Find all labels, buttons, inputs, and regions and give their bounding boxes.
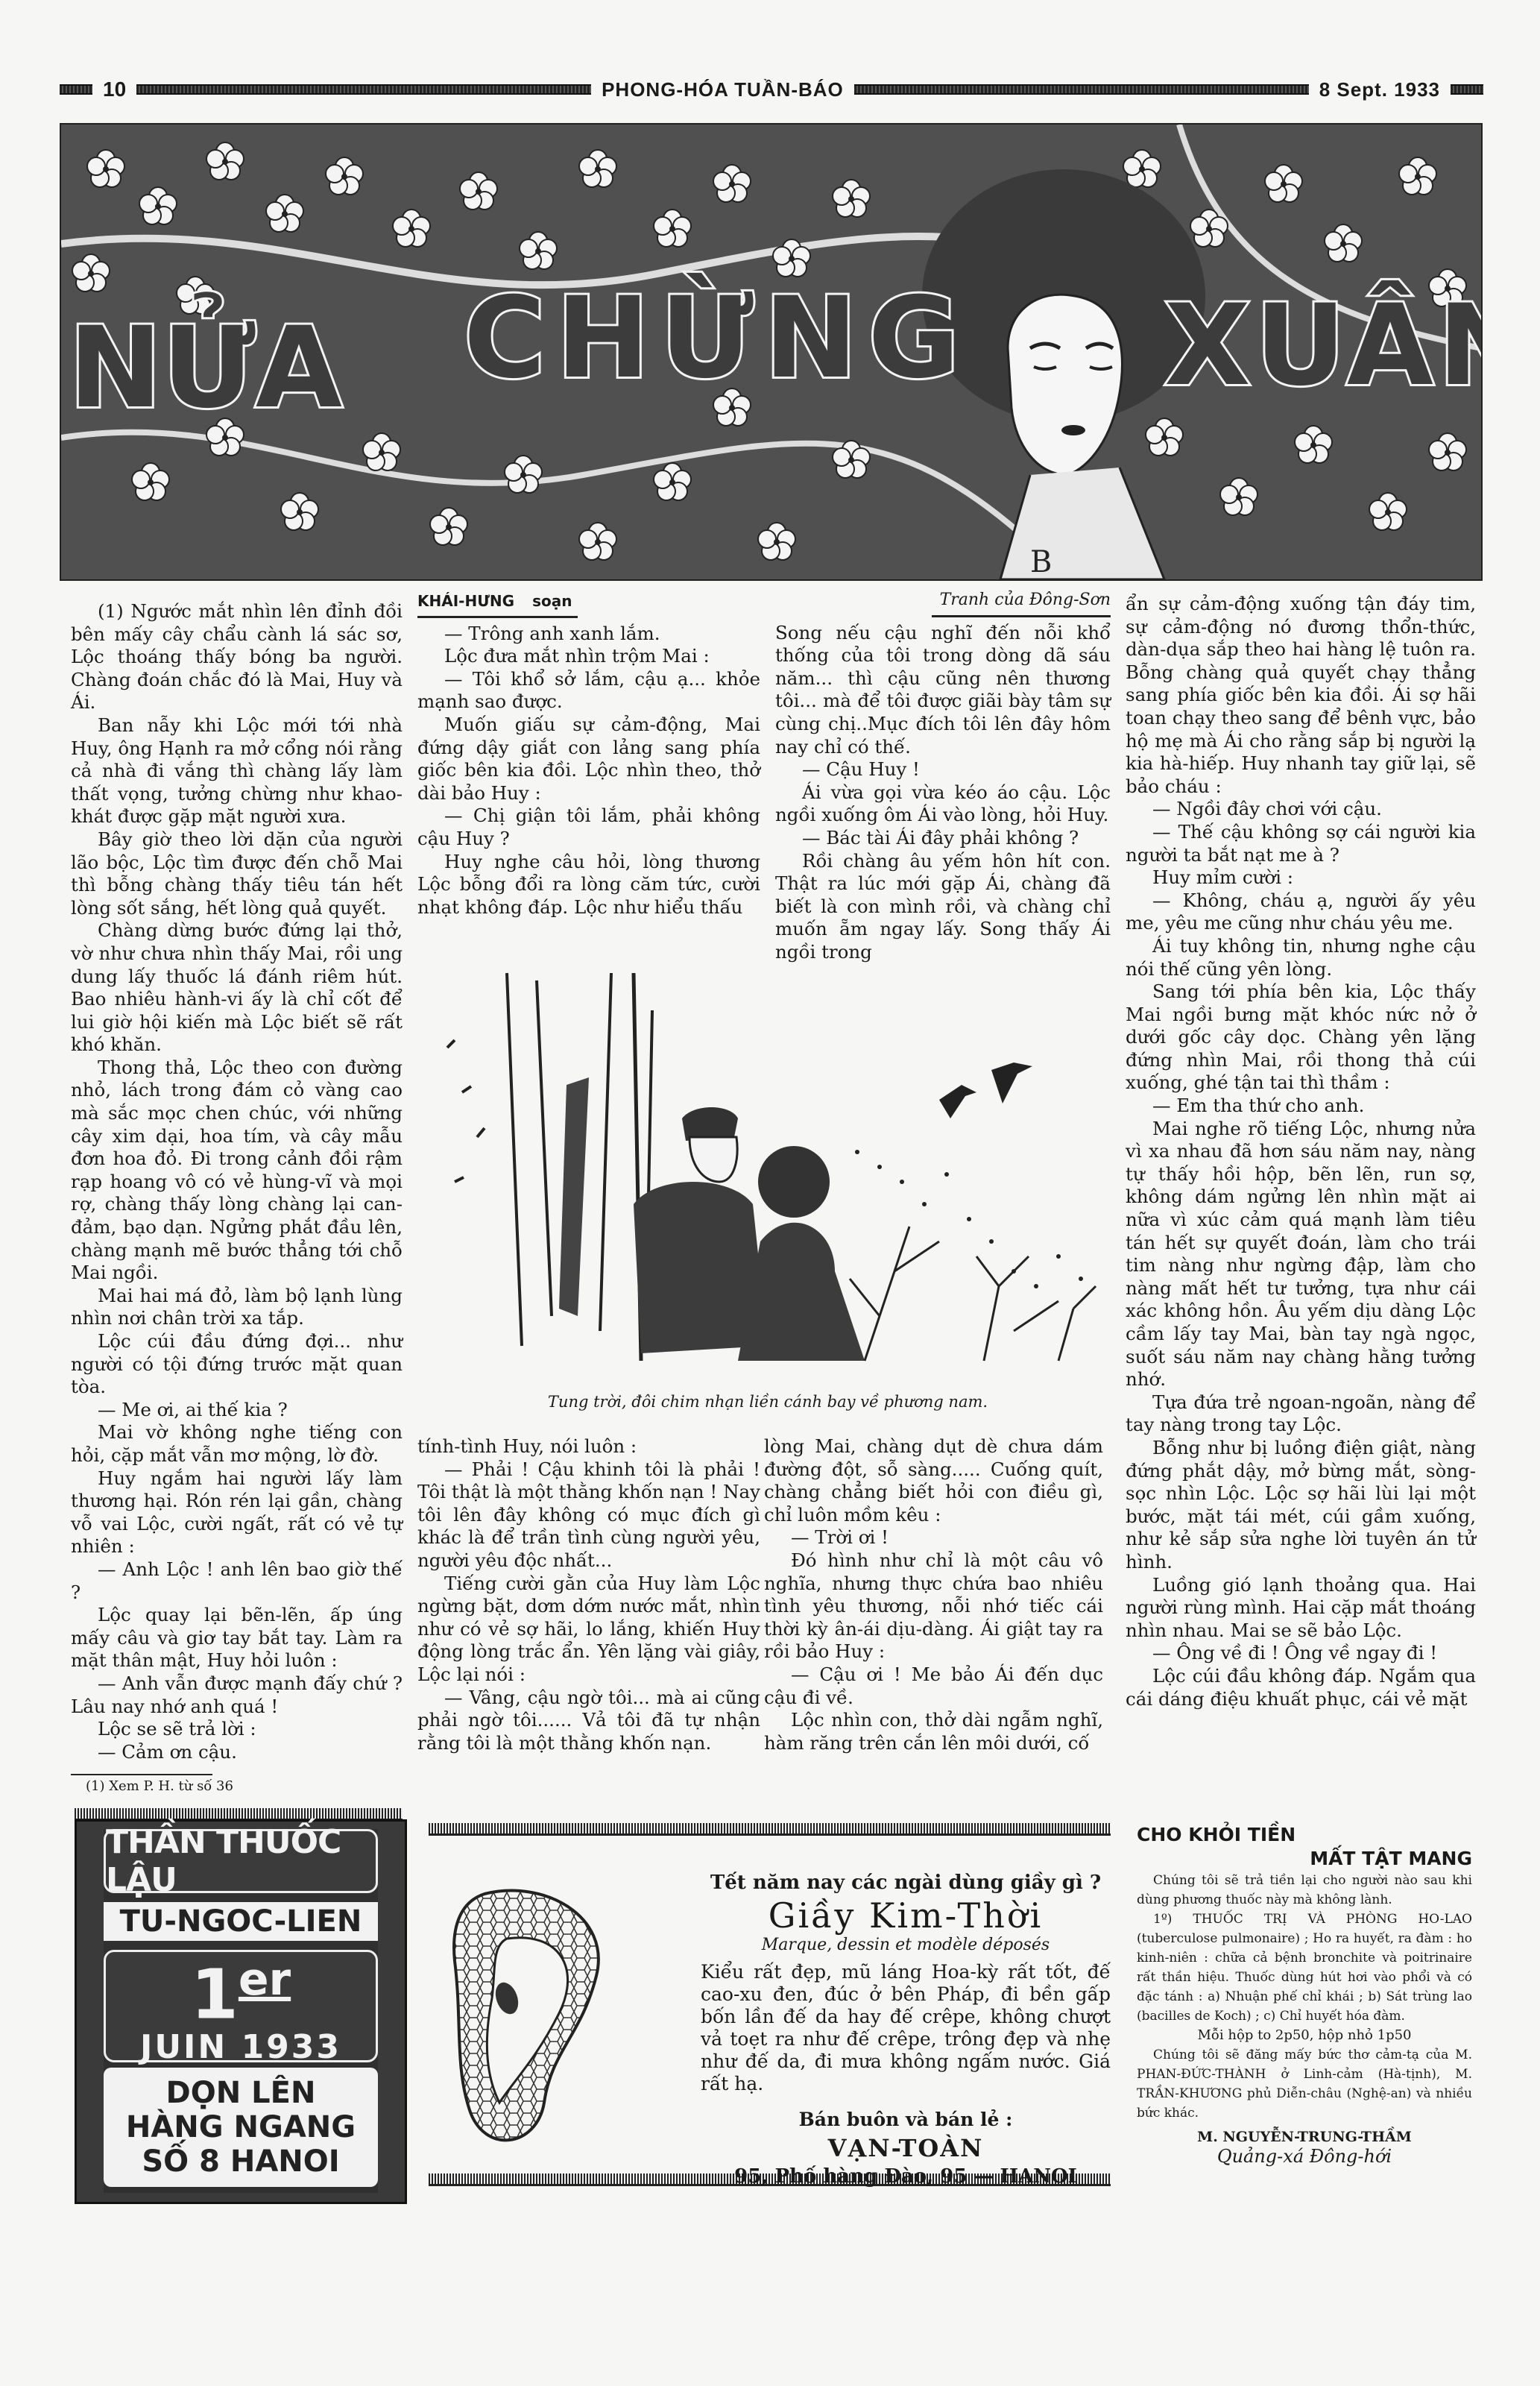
ad-paragraph: Chúng tôi sẽ đăng mấy bức thơ cảm-tạ của… bbox=[1137, 2045, 1472, 2123]
paragraph: Lộc quay lại bẽn-lẽn, ấp úng mấy câu và … bbox=[71, 1604, 403, 1672]
paragraph: Huy ngắm hai người lấy làm thương hại. R… bbox=[71, 1467, 403, 1558]
dialogue: — Em tha thứ cho anh. bbox=[1126, 1095, 1476, 1118]
dialogue: — Ngồi đây chơi với cậu. bbox=[1126, 798, 1476, 821]
illustration-caption: Tung trời, đôi chim nhạn liền cánh bay v… bbox=[477, 1393, 1058, 1411]
shoe-sole-illustration bbox=[440, 1886, 678, 2155]
paragraph: Ái vừa gọi vừa kéo áo cậu. Lộc ngồi xuốn… bbox=[775, 781, 1111, 827]
dialogue: — Anh vẫn được mạnh đấy chứ ? Lâu nay nh… bbox=[71, 1672, 403, 1718]
address-line: HÀNG NGANG bbox=[126, 2110, 356, 2144]
paragraph: Sang tới phía bên kia, Lộc thấy Mai ngồi… bbox=[1126, 980, 1476, 1095]
sales-line: Bán buôn và bán lẻ : bbox=[701, 2109, 1111, 2131]
paragraph: Ban nẫy khi Lộc mới tới nhà Huy, ông Hạn… bbox=[71, 714, 403, 828]
masthead-rule bbox=[136, 84, 591, 95]
shop-name: TU-NGOC-LIEN bbox=[104, 1902, 378, 1941]
paragraph: Tiếng cười gằn của Huy làm Lộc ngừng bặt… bbox=[417, 1573, 760, 1687]
dialogue: — Trông anh xanh lắm. bbox=[417, 623, 760, 646]
date-suffix: er bbox=[239, 1954, 291, 2006]
story-column-1: (1) Ngước mắt nhìn lên đỉnh đồi bên mấy … bbox=[71, 600, 403, 1798]
dialogue: — Cảm ơn cậu. bbox=[71, 1741, 403, 1764]
dialogue: — Cậu Huy ! bbox=[775, 758, 1111, 781]
paragraph: Song nếu cậu nghĩ đến nỗi khổ thống của … bbox=[775, 622, 1111, 759]
dialogue: — Chị giận tôi lắm, phải không cậu Huy ? bbox=[417, 805, 760, 850]
masthead-rule bbox=[60, 84, 92, 95]
advertiser-location: Quảng-xá Đông-hới bbox=[1137, 2147, 1472, 2166]
masthead-rule bbox=[854, 84, 1309, 95]
masthead-rule bbox=[1451, 84, 1483, 95]
footnote: (1) Xem P. H. từ số 36 bbox=[71, 1775, 403, 1798]
title-word: NỬA bbox=[69, 303, 342, 433]
dialogue: — Anh Lộc ! anh lên bao giờ thế ? bbox=[71, 1558, 403, 1604]
ad-heading: CHO KHỎI TIỀN bbox=[1137, 1823, 1472, 1847]
paragraph: Lộc nhìn con, thở dài ngẫm nghĩ, hàm răn… bbox=[764, 1709, 1103, 1754]
trademark-notice: Marque, dessin et modèle déposés bbox=[701, 1934, 1111, 1957]
paragraph: Lộc cúi đầu đứng đợi... như người có tội… bbox=[71, 1330, 403, 1399]
date-day: 1 bbox=[191, 1954, 239, 2034]
paragraph: (1) Ngước mắt nhìn lên đỉnh đồi bên mấy … bbox=[71, 600, 403, 714]
couple-under-tree-illustration bbox=[417, 958, 1114, 1376]
paragraph: Thong thả, Lộc theo con đường nhỏ, lách … bbox=[71, 1057, 403, 1285]
paragraph: Mai vờ không nghe tiếng con hỏi, cặp mắt… bbox=[71, 1421, 403, 1467]
medicine-advertisement: CHO KHỎI TIỀN MẤT TẬT MANG Chúng tôi sẽ … bbox=[1137, 1823, 1472, 2166]
shop-address: 95, Phố hàng Đào, 95 — HANOI bbox=[701, 2165, 1111, 2188]
publication-title: PHONG-HÓA TUẦN-BÁO bbox=[602, 78, 844, 101]
advertiser-name: M. NGUYỄN-TRUNG-THẦM bbox=[1137, 2127, 1472, 2147]
ad-body: Kiểu rất đẹp, mũ láng Hoa-kỳ rất tốt, đế… bbox=[701, 1961, 1111, 2095]
paragraph: Lộc đưa mắt nhìn trộm Mai : bbox=[417, 645, 760, 668]
date-month-year: JUIN 1933 bbox=[140, 2028, 341, 2066]
story-title: NỬA CHỪNG XUÂN bbox=[61, 274, 1481, 468]
story-title-banner: B NỬA CHỪNG XUÂN bbox=[60, 123, 1483, 581]
author-byline: KHÁI-HƯNGsoạn bbox=[417, 590, 578, 618]
paragraph: Rồi chàng âu yếm hôn hít con. Thật ra lú… bbox=[775, 850, 1111, 964]
newspaper-page: 10 PHONG-HÓA TUẦN-BÁO 8 Sept. 1933 bbox=[0, 0, 1540, 2386]
shop-name: VẠN-TOÀN bbox=[701, 2137, 1111, 2159]
swallow-birds bbox=[939, 1063, 1032, 1118]
author-name: KHÁI-HƯNG bbox=[417, 592, 514, 610]
paragraph: Tựa đứa trẻ ngoan-ngoãn, nàng để tay nàn… bbox=[1126, 1391, 1476, 1437]
ad-border-rule bbox=[429, 1823, 1111, 1836]
dialogue: — Không, cháu ạ, người ấy yêu me, yêu me… bbox=[1126, 890, 1476, 935]
paragraph: lòng Mai, chàng dụt dè chưa dám đường độ… bbox=[764, 1435, 1103, 1526]
paragraph: Huy mỉm cười : bbox=[1126, 866, 1476, 890]
paragraph: Luồng gió lạnh thoảng qua. Hai người rùn… bbox=[1126, 1574, 1476, 1643]
paragraph: Mai hai má đỏ, làm bộ lạnh lùng nhìn nơi… bbox=[71, 1285, 403, 1330]
ad-paragraph: Chúng tôi sẽ trả tiền lại cho người nào … bbox=[1137, 1871, 1472, 1910]
opening-date: 1er JUIN 1933 bbox=[104, 1950, 378, 2062]
title-word: CHỪNG bbox=[464, 274, 971, 403]
dialogue: — Trời ơi ! bbox=[764, 1526, 1103, 1549]
story-column-2: KHÁI-HƯNGsoạn — Trông anh xanh lắm. Lộc … bbox=[417, 589, 760, 919]
dialogue: — Ông về đi ! Ông về ngay đi ! bbox=[1126, 1642, 1476, 1665]
ad-question: Tết năm nay các ngài dùng giầy gì ? bbox=[701, 1872, 1111, 1894]
page-number: 10 bbox=[103, 78, 126, 101]
ad-heading: MẤT TẬT MANG bbox=[1137, 1847, 1472, 1871]
paragraph: Muốn giấu sự cảm-động, Mai đứng dậy giắt… bbox=[417, 714, 760, 805]
paragraph: tính-tình Huy, nói luôn : bbox=[417, 1435, 760, 1458]
story-column-3: Tranh của Đông-Sơn Song nếu cậu nghĩ đến… bbox=[775, 589, 1111, 964]
paragraph: Bây giờ theo lời dặn của người lão bộc, … bbox=[71, 828, 403, 919]
title-word: XUÂN bbox=[1164, 281, 1483, 411]
shoe-advertisement: Tết năm nay các ngài dùng giầy gì ? Giầy… bbox=[425, 1849, 1118, 2162]
new-address: DỌN LÊN HÀNG NGANG SỐ 8 HANOI bbox=[104, 2068, 378, 2187]
pharmacy-advertisement: THẦN THUỐC LẬU TU-NGOC-LIEN 1er JUIN 193… bbox=[75, 1819, 407, 2204]
paragraph: Đó hình như chỉ là một câu vô nghĩa, như… bbox=[764, 1549, 1103, 1663]
story-column-4: ẩn sự cảm-động xuống tận đáy tim, sự cảm… bbox=[1126, 593, 1476, 1710]
artist-signature: B bbox=[1030, 545, 1052, 579]
paragraph: Mai nghe rõ tiếng Lộc, nhưng nửa vì xa n… bbox=[1126, 1118, 1476, 1391]
paragraph: Bỗng như bị luồng điện giật, nàng đứng p… bbox=[1126, 1437, 1476, 1574]
ad-paragraph: 1º) THUỐC TRỊ VÀ PHÒNG HO-LAO (tuberculo… bbox=[1137, 1910, 1472, 2026]
masthead: 10 PHONG-HÓA TUẦN-BÁO 8 Sept. 1933 bbox=[60, 75, 1483, 104]
paragraph: Lộc se sẽ trả lời : bbox=[71, 1718, 403, 1741]
paragraph: Lộc cúi đầu không đáp. Ngắm qua cái dáng… bbox=[1126, 1665, 1476, 1710]
dialogue: — Me ơi, ai thế kia ? bbox=[71, 1399, 403, 1422]
paragraph: Huy nghe câu hỏi, lòng thương Lộc bỗng đ… bbox=[417, 851, 760, 919]
ad-headline: THẦN THUỐC LẬU bbox=[104, 1829, 378, 1893]
dialogue: — Thế cậu không sợ cái người kia người t… bbox=[1126, 821, 1476, 866]
dialogue: — Bác tài Ái đây phải không ? bbox=[775, 827, 1111, 850]
address-line: SỐ 8 HANOI bbox=[142, 2144, 339, 2179]
dialogue: — Cậu ơi ! Me bảo Ái đến dục cậu đi về. bbox=[764, 1663, 1103, 1709]
price-line: Mỗi hộp to 2p50, hộp nhỏ 1p50 bbox=[1137, 2026, 1472, 2045]
paragraph: ẩn sự cảm-động xuống tận đáy tim, sự cảm… bbox=[1126, 593, 1476, 798]
paragraph: Chàng dừng bước đứng lại thở, vờ như chư… bbox=[71, 919, 403, 1057]
dialogue: — Vâng, cậu ngờ tôi... mà ai cũng phải n… bbox=[417, 1687, 760, 1755]
issue-date: 8 Sept. 1933 bbox=[1319, 78, 1440, 101]
dialogue: — Phải ! Cậu khinh tôi là phải ! Tôi thậ… bbox=[417, 1458, 760, 1573]
story-column-2-continued: tính-tình Huy, nói luôn : — Phải ! Cậu k… bbox=[417, 1435, 760, 1754]
dialogue: — Tôi khổ sở lắm, cậu ạ... khỏe mạnh sao… bbox=[417, 668, 760, 714]
author-role: soạn bbox=[532, 592, 572, 610]
paragraph: Ái tuy không tin, nhưng nghe cậu nói thế… bbox=[1126, 935, 1476, 980]
brand-name: Giầy Kim-Thời bbox=[701, 1904, 1111, 1927]
illustrator-credit: Tranh của Đông-Sơn bbox=[932, 589, 1111, 617]
story-column-3-continued: lòng Mai, chàng dụt dè chưa dám đường độ… bbox=[764, 1435, 1103, 1754]
address-line: DỌN LÊN bbox=[166, 2076, 316, 2110]
